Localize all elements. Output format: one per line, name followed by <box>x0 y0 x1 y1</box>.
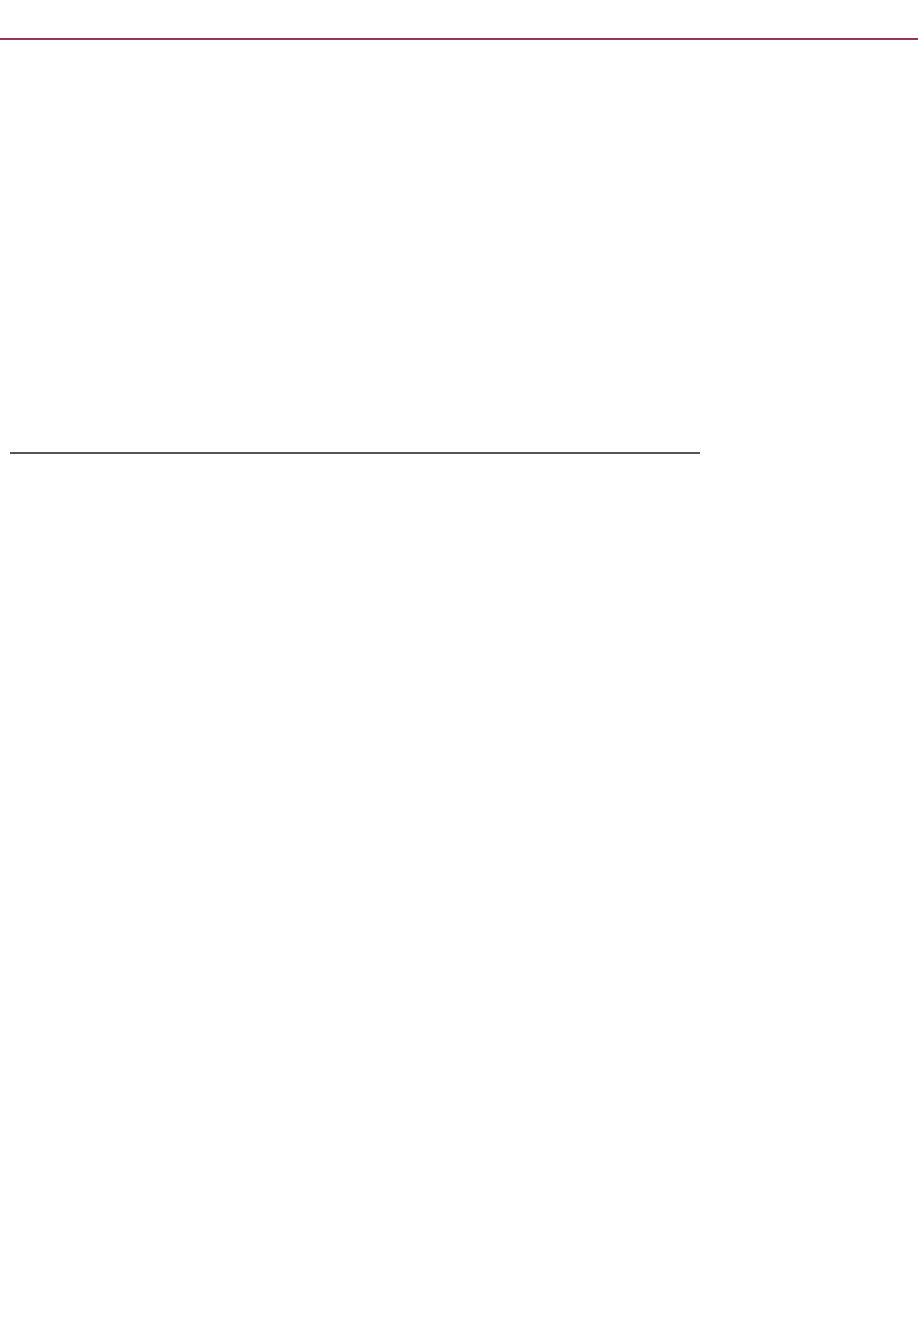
masthead <box>0 0 918 40</box>
second-story-column-2 <box>234 458 459 1288</box>
second-story-column-1 <box>10 458 228 1288</box>
masthead-rule <box>0 38 918 40</box>
lead-column-2 <box>232 130 460 450</box>
lead-column-3 <box>465 130 695 450</box>
lead-story-divider <box>10 452 700 454</box>
lead-column-1 <box>10 130 225 450</box>
